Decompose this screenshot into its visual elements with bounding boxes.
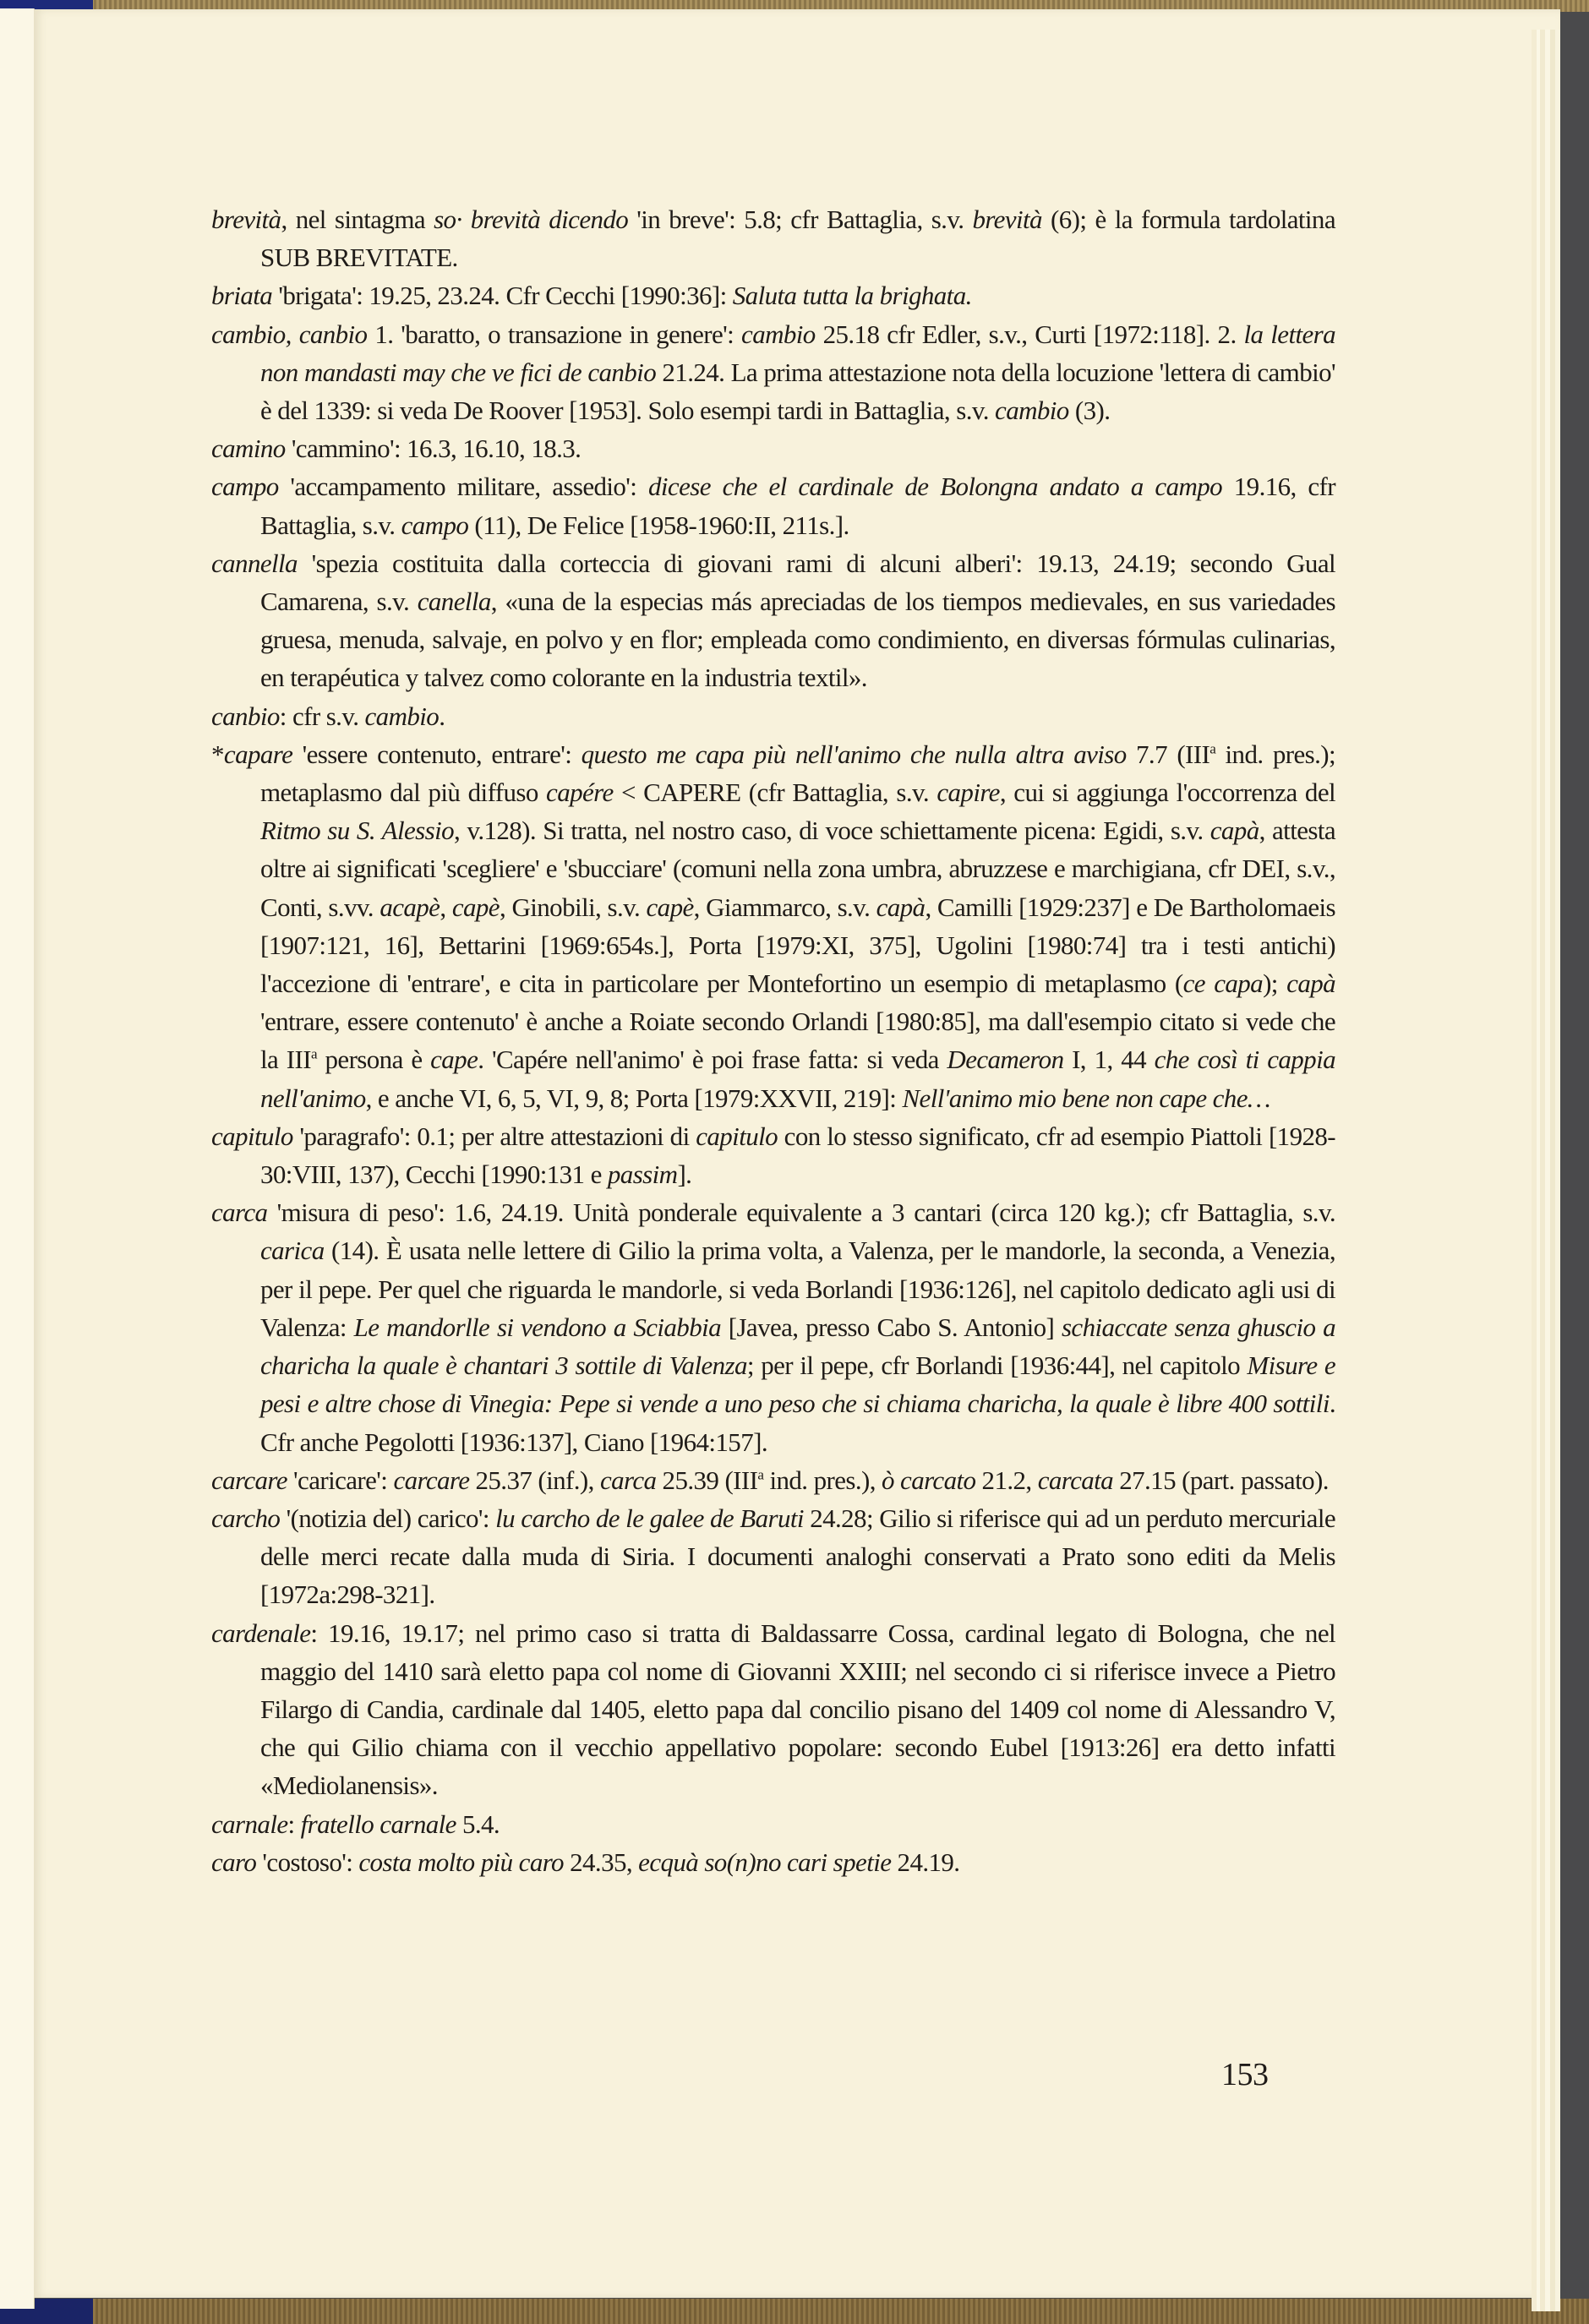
entry-text: 21.2, — [975, 1465, 1037, 1495]
italic-citation: cambio — [995, 396, 1069, 425]
entry-text: persona è — [317, 1045, 430, 1074]
entry-text: 'brigata': 19.25, 23.24. Cfr Cecchi [199… — [272, 281, 733, 310]
italic-citation: cape — [430, 1045, 478, 1074]
entry-text: . — [439, 701, 445, 731]
entry-text: 25.18 cfr Edler, s.v., Curti [1972:118].… — [816, 319, 1244, 349]
entry-text: 'essere contenuto, entrare': — [292, 739, 581, 769]
entry-text: (3). — [1069, 396, 1111, 425]
glossary-entry-carnale: carnale: fratello carnale 5.4. — [211, 1805, 1335, 1843]
entry-text: , e anche VI, 6, 5, VI, 9, 8; Porta [197… — [366, 1083, 903, 1113]
italic-citation: lu carcho de le galee de Baruti — [495, 1503, 804, 1533]
italic-citation: Decameron — [947, 1045, 1063, 1074]
headword: cardenale — [211, 1618, 310, 1648]
entry-text: 25.39 (III — [656, 1465, 757, 1495]
italic-citation: capè — [647, 892, 694, 922]
italic-citation: capà — [876, 892, 926, 922]
italic-citation: capè — [452, 892, 500, 922]
entry-text: , Ginobili, s.v. — [500, 892, 647, 922]
headword: * — [211, 739, 224, 769]
previous-page-edge — [0, 8, 35, 2309]
italic-citation: capire — [936, 777, 999, 807]
headword: carcho — [211, 1503, 280, 1533]
italic-citation: canella — [418, 586, 491, 616]
glossary-entry-capare: *capare 'essere contenuto, entrare': que… — [211, 735, 1335, 1117]
entry-text: 7.7 (III — [1127, 739, 1210, 769]
entry-text: ind. pres.), — [763, 1465, 882, 1495]
glossary-entry-carca: carca 'misura di peso': 1.6, 24.19. Unit… — [211, 1193, 1335, 1460]
entry-text: '(notizia del) carico': — [280, 1503, 495, 1533]
entry-text: 24.35, — [564, 1847, 638, 1877]
glossary-entry-campo: campo 'accampamento militare, assedio': … — [211, 467, 1335, 543]
entry-text: [Javea, presso Cabo S. Antonio] — [721, 1312, 1062, 1342]
headword: brevità — [211, 205, 281, 234]
italic-citation: campo — [401, 510, 469, 540]
page-number: 153 — [1221, 2056, 1269, 2093]
glossary-entry-caro: caro 'costoso': costa molto più caro 24.… — [211, 1843, 1335, 1881]
entry-text: 'in breve': 5.8; cfr Battaglia, s.v. — [628, 205, 972, 234]
entry-text: 'paragrafo': 0.1; per altre attestazioni… — [293, 1121, 696, 1151]
entry-text: 1. 'baratto, o transazione in genere': — [367, 319, 741, 349]
glossary-entry-carcho: carcho '(notizia del) carico': lu carcho… — [211, 1499, 1335, 1614]
italic-citation: costa molto più caro — [358, 1847, 564, 1877]
entry-text: , v.128). Si tratta, nel nostro caso, di… — [454, 816, 1210, 845]
entry-text: ); — [1263, 968, 1286, 998]
italic-citation: Nell'animo mio bene non cape che… — [902, 1083, 1270, 1113]
glossary-entry-brevita: brevità, nel sintagma so· brevità dicend… — [211, 200, 1335, 276]
glossary-entry-briata: briata 'brigata': 19.25, 23.24. Cfr Cecc… — [211, 276, 1335, 314]
entry-text: 24.19. — [891, 1847, 959, 1877]
headword: capare — [224, 739, 292, 769]
entry-text: (11), De Felice [1958-1960:II, 211s.]. — [468, 510, 849, 540]
italic-citation: Le mandorlle si vendono a Sciabbia — [354, 1312, 721, 1342]
italic-citation: capitulo — [696, 1121, 778, 1151]
headword: caro — [211, 1847, 256, 1877]
glossary-entry-camino: camino 'cammino': 16.3, 16.10, 18.3. — [211, 429, 1335, 467]
italic-citation: so· brevità dicendo — [434, 205, 628, 234]
entry-text: 25.37 (inf.), — [469, 1465, 600, 1495]
entry-text: 'costoso': — [256, 1847, 358, 1877]
glossary-entry-cannella: cannella 'spezia costituita dalla cortec… — [211, 544, 1335, 697]
headword: cambio, canbio — [211, 319, 367, 349]
entry-text: , Giammarco, s.v. — [694, 892, 876, 922]
italic-citation: carcata — [1038, 1465, 1113, 1495]
italic-citation: capà — [1286, 968, 1335, 998]
italic-citation: Saluta tutta la brighata. — [733, 281, 972, 310]
headword: campo — [211, 472, 279, 501]
glossary-entry-cardenale: cardenale: 19.16, 19.17; nel primo caso … — [211, 1614, 1335, 1805]
glossary-entry-cambio: cambio, canbio 1. 'baratto, o transazion… — [211, 315, 1335, 430]
italic-citation: carcare — [393, 1465, 469, 1495]
italic-citation: passim — [608, 1159, 678, 1189]
entry-text: 27.15 (part. passato). — [1113, 1465, 1329, 1495]
entry-text: , cui si aggiunga l'occorrenza del — [1000, 777, 1335, 807]
headword: cannella — [211, 548, 298, 578]
entry-text: < CAPERE (cfr Battaglia, s.v. — [614, 777, 937, 807]
entry-text: ]. — [677, 1159, 691, 1189]
italic-citation: cambio — [365, 701, 440, 731]
italic-citation: capà — [1210, 816, 1259, 845]
headword: carca — [211, 1197, 267, 1227]
entry-text: 'cammino': 16.3, 16.10, 18.3. — [286, 434, 582, 463]
italic-citation: ce capa — [1183, 968, 1264, 998]
glossary-entry-capitulo: capitulo 'paragrafo': 0.1; per altre att… — [211, 1117, 1335, 1193]
entry-text: 5.4. — [456, 1809, 500, 1839]
italic-citation: dicese che el cardinale de Bolongna anda… — [648, 472, 1222, 501]
italic-citation: ò carcato — [882, 1465, 975, 1495]
headword: carcare — [211, 1465, 287, 1495]
headword: canbio — [211, 701, 280, 731]
entry-text: : 19.16, 19.17; nel primo caso si tratta… — [260, 1618, 1335, 1801]
italic-citation: fratello carnale — [301, 1809, 456, 1839]
page-stack-edges — [1532, 30, 1560, 2311]
italic-citation: ecquà so(n)no cari spetie — [638, 1847, 891, 1877]
italic-citation: brevità — [972, 205, 1041, 234]
glossary-entry-carcare: carcare 'caricare': carcare 25.37 (inf.)… — [211, 1461, 1335, 1499]
italic-citation: cambio — [741, 319, 816, 349]
entry-text: . 'Capére nell'animo' è poi frase fatta:… — [478, 1045, 947, 1074]
italic-citation: Ritmo su S. Alessio — [260, 816, 454, 845]
italic-citation: acapè — [380, 892, 440, 922]
headword: camino — [211, 434, 286, 463]
headword: briata — [211, 281, 272, 310]
entry-text: a — [311, 1046, 317, 1062]
entry-text: I, 1, 44 — [1063, 1045, 1154, 1074]
book-page: brevità, nel sintagma so· brevità dicend… — [34, 9, 1560, 2298]
entry-text: : cfr s.v. — [280, 701, 365, 731]
entry-text: : — [288, 1809, 301, 1839]
italic-citation: carca — [600, 1465, 656, 1495]
entry-text: 'accampamento militare, assedio': — [279, 472, 648, 501]
entry-text: 'misura di peso': 1.6, 24.19. Unità pond… — [267, 1197, 1335, 1227]
headword: carnale — [211, 1809, 288, 1839]
glossary-entry-canbio: canbio: cfr s.v. cambio. — [211, 697, 1335, 735]
italic-citation: capére — [546, 777, 614, 807]
book-cloth-bottom-edge — [93, 2299, 1589, 2324]
entry-text: , — [440, 892, 452, 922]
entry-text: 'caricare': — [287, 1465, 394, 1495]
entry-text: ; per il pepe, cfr Borlandi [1936:44], n… — [747, 1350, 1248, 1380]
italic-citation: questo me capa più nell'animo che nulla … — [582, 739, 1127, 769]
italic-citation: carica — [260, 1236, 325, 1265]
entry-text: , nel sintagma — [281, 205, 434, 234]
headword: capitulo — [211, 1121, 293, 1151]
glossary-text-block: brevità, nel sintagma so· brevità dicend… — [211, 200, 1335, 1881]
